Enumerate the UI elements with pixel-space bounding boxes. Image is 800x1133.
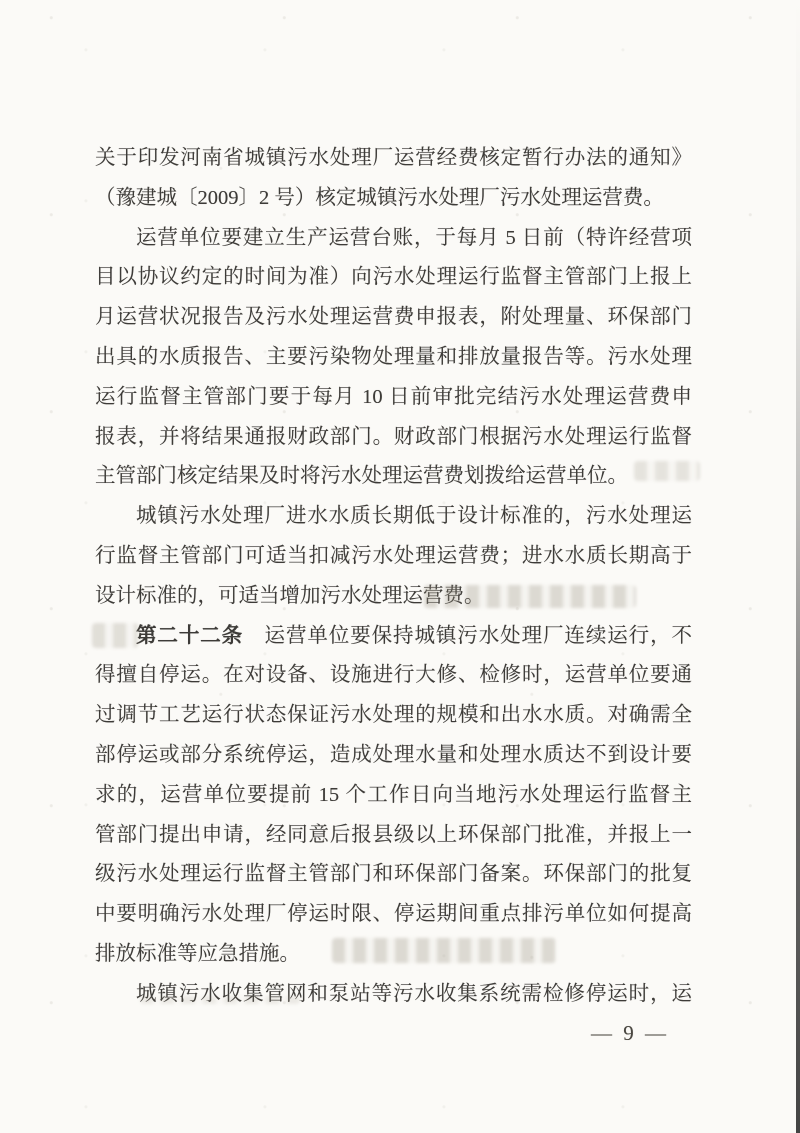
text-line: 管部门提出申请，经同意后报县级以上环保部门批准，并报上一 [95,816,692,856]
article-text: 运营单位要保持城镇污水处理厂连续运行，不 [243,625,692,647]
text-line: 城镇污水收集管网和泵站等污水收集系统需检修停运时，运 [95,975,692,1015]
text-line: 级污水处理运行监督主管部门和环保部门备案。环保部门的批复 [95,855,692,895]
article-number-label: 第二十二条 [136,625,243,647]
text-line: 运营单位要建立生产运营台账，于每月 5 日前（特许经营项 [95,219,692,259]
text-line: 过调节工艺运行状态保证污水处理的规模和出水水质。对确需全 [95,696,692,736]
text-line: 目以协议约定的时间为准）向污水处理运行监督主管部门上报上 [95,258,692,298]
text-line: 出具的水质报告、主要污染物处理量和排放量报告等。污水处理 [95,338,692,378]
text-line: 关于印发河南省城镇污水处理厂运营经费核定暂行办法的通知》 [95,139,692,179]
document-page: 关于印发河南省城镇污水处理厂运营经费核定暂行办法的通知》 （豫建城〔2009〕2… [0,0,800,1133]
text-line: 中要明确污水处理厂停运时限、停运期间重点排污单位如何提高 [95,895,692,935]
text-line: 行监督主管部门可适当扣减污水处理运营费；进水水质长期高于 [95,537,692,577]
text-line: 求的，运营单位要提前 15 个工作日向当地污水处理运行监督主 [95,776,692,816]
bleedthrough-smudge [92,623,138,648]
page-number: — 9 — [591,1018,669,1048]
bleedthrough-smudge [332,938,556,963]
text-line: 月运营状况报告及污水处理运营费申报表，附处理量、环保部门 [95,298,692,338]
text-line: 主管部门核定结果及时将污水处理运营费划拨给运营单位。 [95,457,692,497]
text-line: （豫建城〔2009〕2 号）核定城镇污水处理厂污水处理运营费。 [95,179,692,219]
text-line: 运行监督主管部门要于每月 10 日前审批完结污水处理运营费申 [95,378,692,418]
scan-edge-artifact [796,0,800,1133]
text-line: 城镇污水处理厂进水水质长期低于设计标准的，污水处理运 [95,497,692,537]
text-line: 报表，并将结果通报财政部门。财政部门根据污水处理运行监督 [95,418,692,458]
bleedthrough-smudge [424,585,636,608]
bleedthrough-smudge [140,996,300,1004]
text-line: 得擅自停运。在对设备、设施进行大修、检修时，运营单位要通 [95,656,692,696]
bleedthrough-smudge [634,461,700,481]
text-line: 部停运或部分系统停运，造成处理水量和处理水质达不到设计要 [95,736,692,776]
document-text-column: 关于印发河南省城镇污水处理厂运营经费核定暂行办法的通知》 （豫建城〔2009〕2… [95,139,692,1015]
text-line-article-22: 第二十二条 运营单位要保持城镇污水处理厂连续运行，不 [95,617,692,657]
